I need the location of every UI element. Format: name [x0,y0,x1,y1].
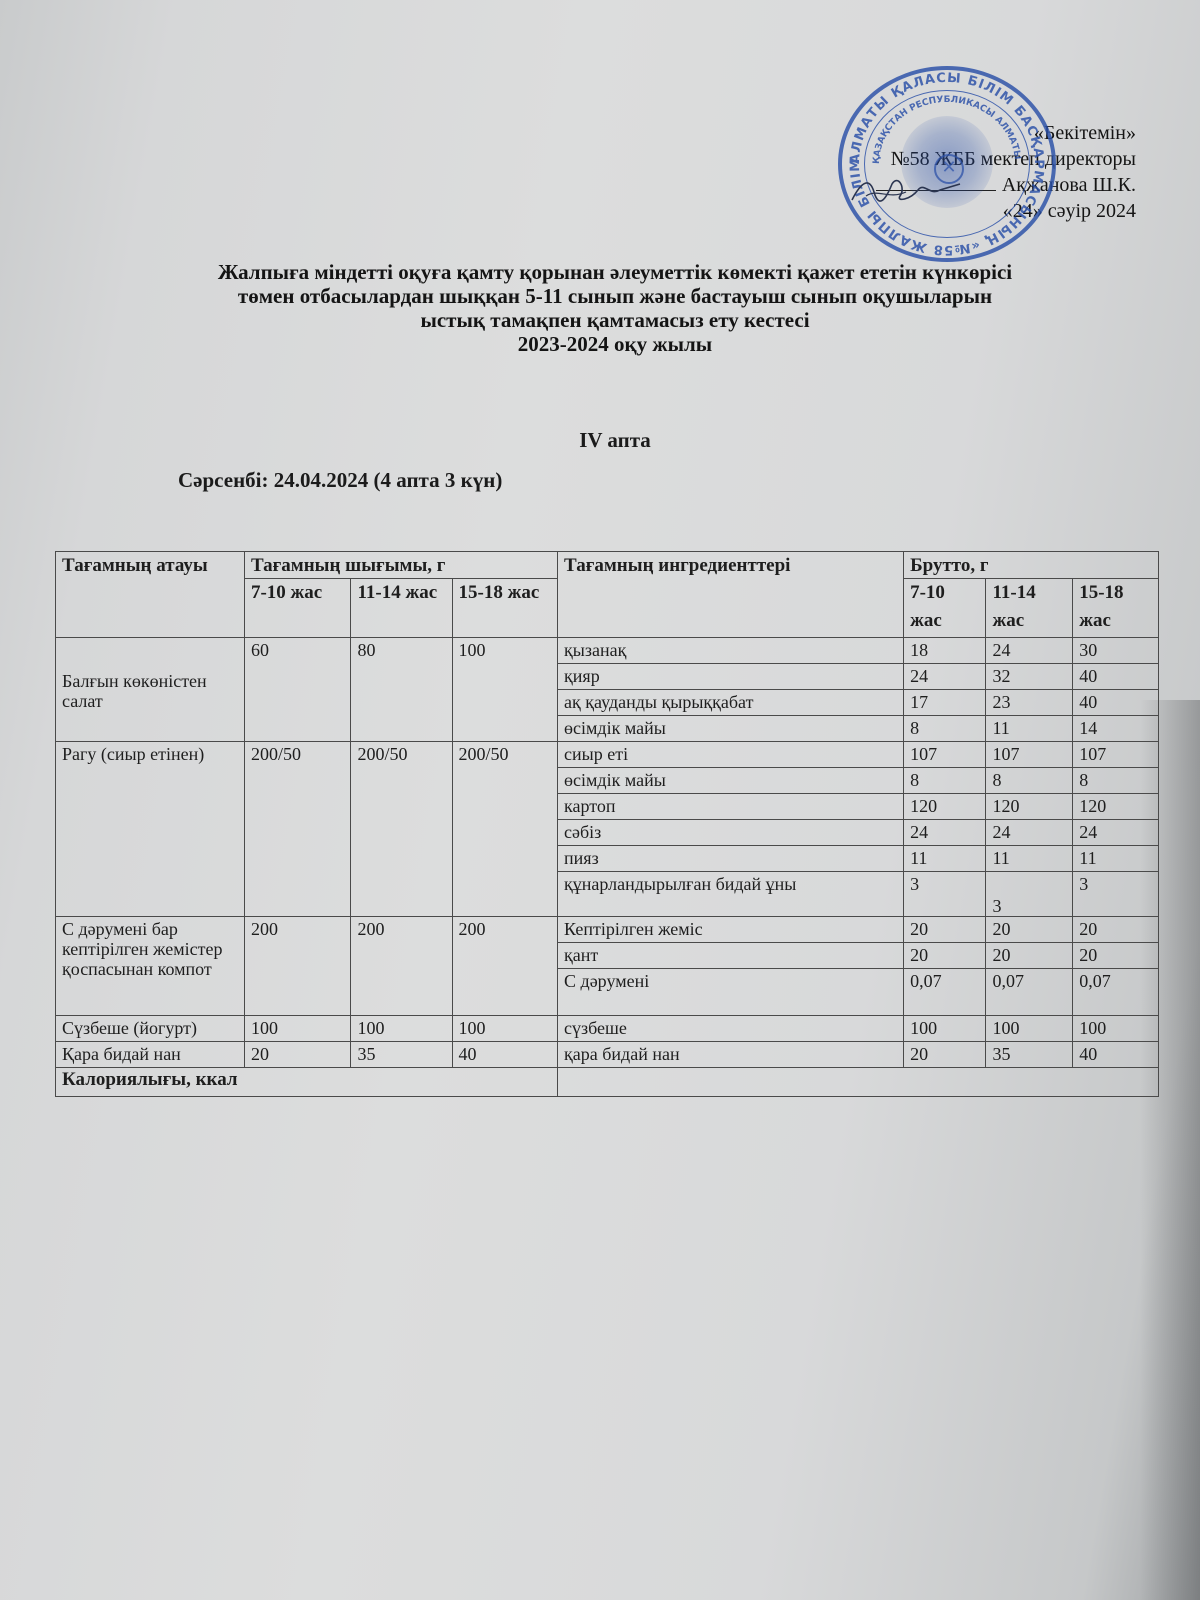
ingredient-brutto: 0,07 [904,969,986,1016]
ingredient-brutto: 11 [986,716,1073,742]
dish-name: Рагу (сиыр етінен) [56,742,245,917]
ingredient-brutto: 107 [904,742,986,768]
ingredient-brutto: 24 [904,664,986,690]
ingredient-brutto: 40 [1073,664,1159,690]
official-stamp: АЛМАТЫ ҚАЛАСЫ БІЛІМ БАСҚАРМАСЫНЫҢ «№58 Ж… [838,66,1056,262]
calories-value [558,1068,1159,1097]
table-row: Рагу (сиыр етінен)200/50200/50200/50сиыр… [56,742,1159,768]
dish-output: 20 [244,1042,351,1068]
ingredient-name: өсімдік майы [558,768,904,794]
dish-name: С дәрумені бар кептірілген жемістер қосп… [56,917,245,1016]
ingredient-brutto: 120 [904,794,986,820]
ingredient-name: ақ қауданды қырыққабат [558,690,904,716]
calories-label: Калориялығы, ккал [56,1068,558,1097]
ingredient-brutto: 17 [904,690,986,716]
ingredient-brutto: 40 [1073,1042,1159,1068]
ingredient-brutto: 107 [1073,742,1159,768]
dish-name: Сүзбеше (йогурт) [56,1016,245,1042]
ingredient-brutto: 23 [986,690,1073,716]
ingredient-brutto: 24 [986,820,1073,846]
dish-output: 35 [351,1042,452,1068]
header-brutto-age-15-18: 15-18 жас [1073,579,1159,638]
ingredient-name: сиыр еті [558,742,904,768]
ingredient-name: қызанақ [558,638,904,664]
dish-output: 80 [351,638,452,742]
dish-output: 200 [351,917,452,1016]
ingredient-brutto: 11 [986,846,1073,872]
signature-icon [848,170,968,210]
ingredient-brutto: 20 [986,917,1073,943]
header-brutto-age-7-10: 7-10 жас [904,579,986,638]
ingredient-name: қара бидай нан [558,1042,904,1068]
dish-output: 200/50 [351,742,452,917]
table-row: Қара бидай нан203540қара бидай нан203540 [56,1042,1159,1068]
ingredient-brutto: 0,07 [986,969,1073,1016]
ingredient-name: құнарландырылған бидай ұны [558,872,904,917]
ingredient-brutto: 8 [1073,768,1159,794]
header-dish-name: Тағамның атауы [56,552,245,638]
title-line-3: ыстық тамақпен қамтамасыз ету кестесі [30,308,1200,332]
menu-table-body: Балғын көкөністен салат6080100қызанақ182… [56,638,1159,1068]
ingredient-brutto: 8 [904,716,986,742]
title-line-4: 2023-2024 оқу жылы [30,332,1200,356]
ingredient-name: қант [558,943,904,969]
dish-name: Қара бидай нан [56,1042,245,1068]
dish-output: 100 [452,638,557,742]
ingredient-name: сәбіз [558,820,904,846]
ingredient-name: картоп [558,794,904,820]
ingredient-brutto: 30 [1073,638,1159,664]
dish-output: 200 [452,917,557,1016]
ingredient-brutto: 20 [1073,917,1159,943]
ingredient-brutto: 120 [986,794,1073,820]
ingredient-brutto: 8 [904,768,986,794]
ingredient-name: сүзбеше [558,1016,904,1042]
ingredient-brutto: 3 [986,872,1073,917]
title-line-2: төмен отбасылардан шыққан 5-11 сынып жән… [30,284,1200,308]
ingredient-brutto: 20 [986,943,1073,969]
dish-output: 200/50 [452,742,557,917]
header-output-age-11-14: 11-14 жас [351,579,452,638]
header-ingredients: Тағамның ингредиенттері [558,552,904,638]
ingredient-name: қияр [558,664,904,690]
ingredient-brutto: 20 [904,1042,986,1068]
ingredient-brutto: 20 [1073,943,1159,969]
ingredient-brutto: 100 [904,1016,986,1042]
header-output: Тағамның шығымы, г [244,552,557,579]
header-output-age-15-18: 15-18 жас [452,579,557,638]
ingredient-brutto: 24 [1073,820,1159,846]
ingredient-brutto: 107 [986,742,1073,768]
dish-output: 200/50 [244,742,351,917]
title-line-1: Жалпыға міндетті оқуға қамту қорынан әле… [30,260,1200,284]
ingredient-brutto: 100 [1073,1016,1159,1042]
day-label: Сәрсенбі: 24.04.2024 (4 апта 3 күн) [178,468,502,493]
dish-name: Балғын көкөністен салат [56,638,245,742]
ingredient-brutto: 11 [904,846,986,872]
dish-output: 100 [351,1016,452,1042]
ingredient-brutto: 24 [986,638,1073,664]
dish-output: 60 [244,638,351,742]
ingredient-brutto: 100 [986,1016,1073,1042]
dish-output: 40 [452,1042,557,1068]
ingredient-brutto: 8 [986,768,1073,794]
header-brutto: Брутто, г [904,552,1159,579]
ingredient-brutto: 3 [904,872,986,917]
ingredient-name: пияз [558,846,904,872]
ingredient-brutto: 32 [986,664,1073,690]
document-title: Жалпыға міндетті оқуға қамту қорынан әле… [0,260,1200,356]
header-brutto-age-11-14: 11-14 жас [986,579,1073,638]
dish-output: 200 [244,917,351,1016]
ingredient-brutto: 120 [1073,794,1159,820]
ingredient-name: Кептірілген жеміс [558,917,904,943]
dish-output: 100 [244,1016,351,1042]
ingredient-brutto: 14 [1073,716,1159,742]
week-label: IV апта [0,428,1200,453]
ingredient-brutto: 0,07 [1073,969,1159,1016]
ingredient-brutto: 3 [1073,872,1159,917]
table-row: Сүзбеше (йогурт)100100100сүзбеше10010010… [56,1016,1159,1042]
menu-table: Тағамның атауы Тағамның шығымы, г Тағамн… [55,551,1159,1097]
ingredient-brutto: 11 [1073,846,1159,872]
ingredient-brutto: 35 [986,1042,1073,1068]
table-row: С дәрумені бар кептірілген жемістер қосп… [56,917,1159,943]
ingredient-name: өсімдік майы [558,716,904,742]
ingredient-brutto: 24 [904,820,986,846]
dish-output: 100 [452,1016,557,1042]
ingredient-brutto: 40 [1073,690,1159,716]
ingredient-brutto: 18 [904,638,986,664]
table-row: Балғын көкөністен салат6080100қызанақ182… [56,638,1159,664]
ingredient-brutto: 20 [904,917,986,943]
ingredient-name: С дәрумені [558,969,904,1016]
ingredient-brutto: 20 [904,943,986,969]
header-output-age-7-10: 7-10 жас [244,579,351,638]
